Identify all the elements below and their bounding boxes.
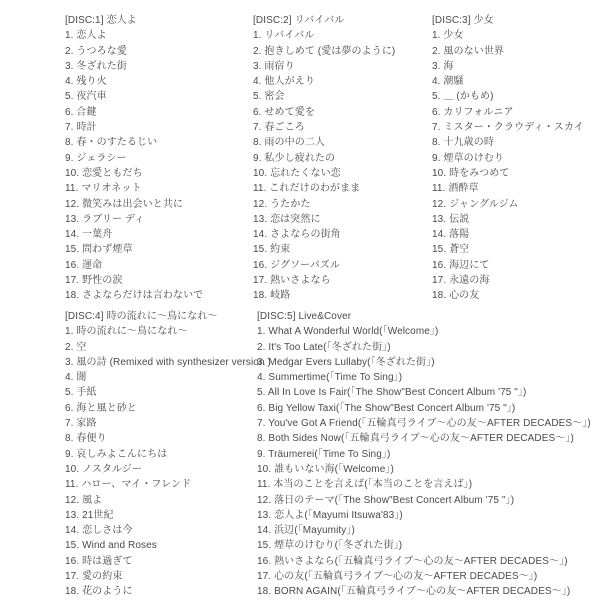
track-item: 4. 残り火 — [65, 74, 203, 89]
track-item: 5. 夜汽車 — [65, 89, 203, 104]
track-item: 5. ＿ (かもめ) — [432, 89, 584, 104]
track-item: 9. ジェラシー — [65, 151, 203, 166]
track-item: 4. Summertime(「Time To Sing」) — [257, 370, 591, 385]
disc-2-header: [DISC:2] リバイバル — [253, 13, 395, 28]
track-item: 16. 時は過ぎて — [65, 554, 271, 569]
track-item: 18. BORN AGAIN(「五輪真弓ライブ～心の友～AFTER DECADE… — [257, 584, 591, 599]
track-item: 7. ミスター・クラウディ・スカイ — [432, 120, 584, 135]
track-item: 2. 空 — [65, 340, 271, 355]
disc-5-header: [DISC:5] Live&Cover — [257, 309, 591, 324]
track-item: 18. さよならだけは言わないで — [65, 288, 203, 303]
track-item: 2. 風のない世界 — [432, 44, 584, 59]
track-item: 6. カリフォルニア — [432, 105, 584, 120]
track-item: 9. 哀しみよこんにちは — [65, 447, 271, 462]
track-item: 1. What A Wonderful World(「Welcome」) — [257, 324, 591, 339]
track-item: 13. 恋人よ(「Mayumi Itsuwa'83」) — [257, 508, 591, 523]
track-item: 16. 海辺にて — [432, 258, 584, 273]
track-item: 18. 花のように — [65, 584, 271, 599]
track-item: 13. 伝説 — [432, 212, 584, 227]
disc-3-track-list: 1. 少女2. 風のない世界3. 海4. 潮騒5. ＿ (かもめ)6. カリフォ… — [432, 28, 584, 303]
track-item: 6. 海と風と砂と — [65, 401, 271, 416]
disc-section-3: [DISC:3] 少女 1. 少女2. 風のない世界3. 海4. 潮騒5. ＿ … — [432, 13, 584, 304]
track-item: 12. うたかた — [253, 197, 395, 212]
disc-section-5: [DISC:5] Live&Cover 1. What A Wonderful … — [257, 309, 591, 600]
track-item: 16. 運命 — [65, 258, 203, 273]
track-item: 5. 手紙 — [65, 385, 271, 400]
track-item: 1. 時の流れに～鳥になれ～ — [65, 324, 271, 339]
track-item: 8. 十九歳の時 — [432, 135, 584, 150]
track-item: 7. You've Got A Friend(「五輪真弓ライブ～心の友～AFTE… — [257, 416, 591, 431]
track-item: 1. リバイバル — [253, 28, 395, 43]
track-item: 10. 誰もいない海(「Welcome」) — [257, 462, 591, 477]
track-item: 13. ラブリー ディ — [65, 212, 203, 227]
track-item: 10. 時をみつめて — [432, 166, 584, 181]
track-item: 3. 風の詩 (Remixed with synthesizer version… — [65, 355, 271, 370]
track-item: 3. 雨宿り — [253, 59, 395, 74]
track-item: 4. 潮騒 — [432, 74, 584, 89]
track-item: 9. 煙草のけむり — [432, 151, 584, 166]
track-item: 10. ノスタルジー — [65, 462, 271, 477]
track-item: 13. 恋は突然に — [253, 212, 395, 227]
track-item: 8. Both Sides Now(「五輪真弓ライブ～心の友～AFTER DEC… — [257, 431, 591, 446]
track-item: 16. ジグソーパズル — [253, 258, 395, 273]
track-item: 14. さよならの街角 — [253, 227, 395, 242]
track-item: 14. 恋しさは今 — [65, 523, 271, 538]
track-item: 11. 酒酔草 — [432, 181, 584, 196]
track-item: 1. 恋人よ — [65, 28, 203, 43]
track-item: 7. 春ごころ — [253, 120, 395, 135]
track-item: 12. ジャングルジム — [432, 197, 584, 212]
tracklist-sheet: [DISC:1] 恋人よ 1. 恋人よ2. うつろな愛3. 冬ざれた街4. 残り… — [0, 0, 600, 600]
track-item: 4. 闇 — [65, 370, 271, 385]
track-item: 17. 愛の約束 — [65, 569, 271, 584]
track-item: 11. 本当のことを言えば(「本当のことを言えば」) — [257, 477, 591, 492]
track-item: 1. 少女 — [432, 28, 584, 43]
disc-section-2: [DISC:2] リバイバル 1. リバイバル2. 抱きしめて (愛は夢のように… — [253, 13, 395, 304]
track-item: 8. 春・のすたるじい — [65, 135, 203, 150]
track-item: 7. 時計 — [65, 120, 203, 135]
track-item: 15. 煙草のけむり(「冬ざれた街」) — [257, 538, 591, 553]
track-item: 5. All In Love Is Fair(「The Show"Best Co… — [257, 385, 591, 400]
track-item: 14. 一葉舟 — [65, 227, 203, 242]
track-item: 13. 21世紀 — [65, 508, 271, 523]
track-item: 12. 風よ — [65, 493, 271, 508]
track-item: 6. Big Yellow Taxi(「The Show"Best Concer… — [257, 401, 591, 416]
disc-4-header: [DISC:4] 時の流れに～鳥になれ～ — [65, 309, 271, 324]
track-item: 17. 野性の涙 — [65, 273, 203, 288]
track-item: 18. 岐路 — [253, 288, 395, 303]
disc-section-4: [DISC:4] 時の流れに～鳥になれ～ 1. 時の流れに～鳥になれ～2. 空3… — [65, 309, 271, 600]
track-item: 2. It's Too Late(「冬ざれた街」) — [257, 340, 591, 355]
disc-section-1: [DISC:1] 恋人よ 1. 恋人よ2. うつろな愛3. 冬ざれた街4. 残り… — [65, 13, 203, 304]
track-item: 15. Wind and Roses — [65, 538, 271, 553]
track-item: 3. 冬ざれた街 — [65, 59, 203, 74]
track-item: 9. 私少し疲れたの — [253, 151, 395, 166]
disc-5-track-list: 1. What A Wonderful World(「Welcome」)2. I… — [257, 324, 591, 599]
track-item: 2. うつろな愛 — [65, 44, 203, 59]
track-item: 4. 他人がえり — [253, 74, 395, 89]
track-item: 8. 春便り — [65, 431, 271, 446]
track-item: 11. ハロー、マイ・フレンド — [65, 477, 271, 492]
track-item: 11. マリオネット — [65, 181, 203, 196]
track-item: 15. 蒼空 — [432, 242, 584, 257]
track-item: 17. 永遠の海 — [432, 273, 584, 288]
track-item: 14. 落陽 — [432, 227, 584, 242]
disc-3-header: [DISC:3] 少女 — [432, 13, 584, 28]
track-item: 6. せめて愛を — [253, 105, 395, 120]
track-item: 7. 家路 — [65, 416, 271, 431]
track-item: 10. 恋愛ともだち — [65, 166, 203, 181]
track-item: 17. 心の友(「五輪真弓ライブ～心の友～AFTER DECADES～」) — [257, 569, 591, 584]
track-item: 6. 合鍵 — [65, 105, 203, 120]
disc-4-track-list: 1. 時の流れに～鳥になれ～2. 空3. 風の詩 (Remixed with s… — [65, 324, 271, 599]
track-item: 15. 問わず煙草 — [65, 242, 203, 257]
track-item: 8. 雨の中の二人 — [253, 135, 395, 150]
track-item: 17. 熱いさよなら — [253, 273, 395, 288]
track-item: 3. Medgar Evers Lullaby(「冬ざれた街」) — [257, 355, 591, 370]
track-item: 11. これだけのわがまま — [253, 181, 395, 196]
track-item: 18. 心の友 — [432, 288, 584, 303]
track-item: 14. 浜辺(「Mayumity」) — [257, 523, 591, 538]
track-item: 10. 忘れたくない恋 — [253, 166, 395, 181]
track-item: 12. 落日のテーマ(「The Show"Best Concert Album … — [257, 493, 591, 508]
disc-1-track-list: 1. 恋人よ2. うつろな愛3. 冬ざれた街4. 残り火5. 夜汽車6. 合鍵7… — [65, 28, 203, 303]
track-item: 5. 密会 — [253, 89, 395, 104]
track-item: 3. 海 — [432, 59, 584, 74]
track-item: 2. 抱きしめて (愛は夢のように) — [253, 44, 395, 59]
track-item: 15. 約束 — [253, 242, 395, 257]
track-item: 9. Träumerei(「Time To Sing」) — [257, 447, 591, 462]
track-item: 16. 熱いさよなら(「五輪真弓ライブ～心の友～AFTER DECADES～」) — [257, 554, 591, 569]
track-item: 12. 微笑みは出会いと共に — [65, 197, 203, 212]
disc-1-header: [DISC:1] 恋人よ — [65, 13, 203, 28]
disc-2-track-list: 1. リバイバル2. 抱きしめて (愛は夢のように)3. 雨宿り4. 他人がえり… — [253, 28, 395, 303]
